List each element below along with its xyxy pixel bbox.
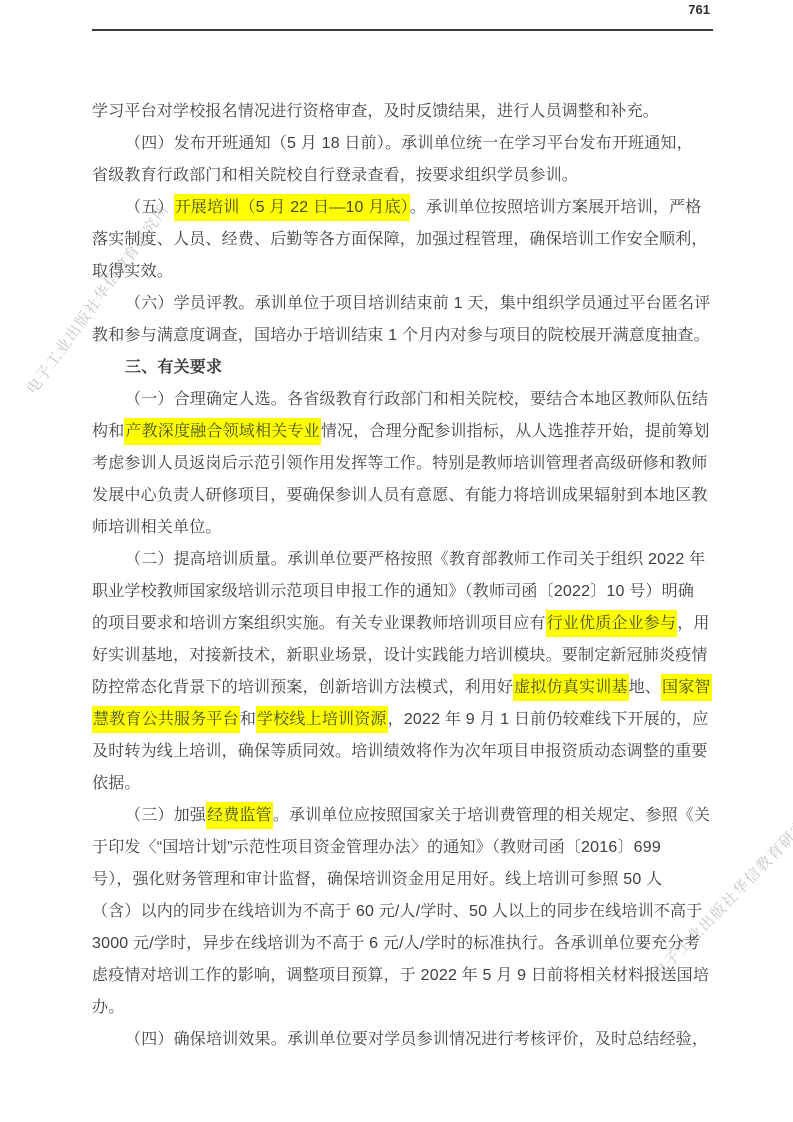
text-run: 及时转为线上培训，确保等质同效。培训绩效将作为次年项目申报资质动态调整的重要	[92, 743, 708, 760]
text-line: 的项目要求和培训方案组织实施。有关专业课教师培训项目应有行业优质企业参与，用	[92, 608, 712, 640]
text-run: 好实训基地，对接新技术，新职业场景，设计实践能力培训模块。要制定新冠肺炎疫情	[92, 647, 708, 664]
text-run: 3000 元/学时，异步在线培训为不高于 6 元/人/学时的标准执行。各承训单位…	[92, 935, 700, 952]
text-run: 办。	[92, 999, 124, 1016]
text-line: 落实制度、人员、经费、后勤等各方面保障，加强过程管理，确保培训工作安全顺利，	[92, 224, 712, 256]
header-rule	[92, 29, 713, 31]
text-line: （一）合理确定人选。各省级教育行政部门和相关院校，要结合本地区教师队伍结	[92, 384, 712, 416]
text-run: ，用	[677, 615, 709, 632]
text-line: 依据。	[92, 768, 712, 800]
highlighted-text: 国家智	[661, 674, 712, 701]
text-run: 依据。	[92, 775, 141, 792]
text-line: 防控常态化背景下的培训预案，创新培训方法模式，利用好虚拟仿真实训基地、国家智	[92, 672, 712, 704]
text-run: （三）加强	[125, 807, 206, 824]
text-run: （含）以内的同步在线培训为不高于 60 元/人/学时、50 人以上的同步在线培训…	[92, 903, 702, 920]
text-run: 三、有关要求	[125, 359, 222, 376]
text-run: （六）学员评教。承训单位于项目培训结束前 1 天，集中组织学员通过平台匿名评	[125, 295, 710, 312]
text-line: （二）提高培训质量。承训单位要严格按照《教育部教师工作司关于组织 2022 年	[92, 544, 712, 576]
text-run: 防控常态化背景下的培训预案，创新培训方法模式，利用好	[92, 679, 513, 696]
highlighted-text: 经费监管	[206, 802, 273, 829]
text-run: 于印发〈“国培计划”示范性项目资金管理办法〉的通知》（教财司函〔2016〕699	[92, 839, 661, 856]
highlighted-text: 慧教育公共服务平台	[92, 706, 240, 733]
text-line: （五）开展培训（5 月 22 日—10 月底）。承训单位按照培训方案展开培训，严…	[92, 192, 712, 224]
text-line: 慧教育公共服务平台和学校线上培训资源，2022 年 9 月 1 日前仍较难线下开…	[92, 704, 712, 736]
text-run: （四）确保培训效果。承训单位要对学员参训情况进行考核评价，及时总结经验，	[125, 1031, 708, 1048]
text-run: 情况，合理分配参训指标，从人选推荐开始，提前筹划	[321, 423, 710, 440]
text-line: 职业学校教师国家级培训示范项目申报工作的通知》（教师司函〔2022〕10 号）明…	[92, 576, 712, 608]
text-run: （一）合理确定人选。各省级教育行政部门和相关院校，要结合本地区教师队伍结	[125, 391, 708, 408]
text-run: 号），强化财务管理和审计监督，确保培训资金用足用好。线上培训可参照 50 人	[92, 871, 662, 888]
text-line: 好实训基地，对接新技术，新职业场景，设计实践能力培训模块。要制定新冠肺炎疫情	[92, 640, 712, 672]
text-run: 落实制度、人员、经费、后勤等各方面保障，加强过程管理，确保培训工作安全顺利，	[92, 231, 708, 248]
text-run: 地、	[629, 679, 661, 696]
text-line: 构和产教深度融合领域相关专业情况，合理分配参训指标，从人选推荐开始，提前筹划	[92, 416, 712, 448]
text-run: 虑疫情对培训工作的影响，调整项目预算，于 2022 年 5 月 9 日前将相关材…	[92, 967, 709, 984]
text-run: （四）发布开班通知（5 月 18 日前）。承训单位统一在学习平台发布开班通知，	[125, 135, 693, 152]
highlighted-text: 产教深度融合领域相关专业	[124, 418, 320, 445]
text-run: 发展中心负责人研修项目，要确保参训人员有意愿、有能力将培训成果辐射到本地区教	[92, 487, 708, 504]
highlighted-text: 虚拟仿真实训基	[513, 674, 628, 701]
text-line: 取得实效。	[92, 256, 712, 288]
text-run: 职业学校教师国家级培训示范项目申报工作的通知》（教师司函〔2022〕10 号）明…	[92, 583, 694, 600]
text-line: （四）发布开班通知（5 月 18 日前）。承训单位统一在学习平台发布开班通知，	[92, 128, 712, 160]
text-line: 考虑参训人员返岗后示范引领作用发挥等工作。特别是教师培训管理者高级研修和教师	[92, 448, 712, 480]
text-run: 。承训单位应按照国家关于培训费管理的相关规定、参照《关	[273, 807, 710, 824]
text-line: 学习平台对学校报名情况进行资格审查，及时反馈结果，进行人员调整和补充。	[92, 96, 712, 128]
text-run: 的项目要求和培训方案组织实施。有关专业课教师培训项目应有	[92, 615, 546, 632]
text-line: （六）学员评教。承训单位于项目培训结束前 1 天，集中组织学员通过平台匿名评	[92, 288, 712, 320]
text-line: 虑疫情对培训工作的影响，调整项目预算，于 2022 年 5 月 9 日前将相关材…	[92, 960, 712, 992]
highlighted-text: 开展培训（5 月 22 日—10 月底）	[174, 194, 410, 221]
text-line: 办。	[92, 992, 712, 1024]
text-run: 学习平台对学校报名情况进行资格审查，及时反馈结果，进行人员调整和补充。	[92, 103, 659, 120]
text-run: （五）	[125, 199, 174, 216]
text-line: 3000 元/学时，异步在线培训为不高于 6 元/人/学时的标准执行。各承训单位…	[92, 928, 712, 960]
text-run: （二）提高培训质量。承训单位要严格按照《教育部教师工作司关于组织 2022 年	[125, 551, 705, 568]
text-run: 师培训相关单位。	[92, 519, 222, 536]
page-number: 761	[688, 2, 710, 17]
text-line: （含）以内的同步在线培训为不高于 60 元/人/学时、50 人以上的同步在线培训…	[92, 896, 712, 928]
text-run: 省级教育行政部门和相关院校自行登录查看，按要求组织学员参训。	[92, 167, 578, 184]
text-line: 教和参与满意度调查，国培办于培训结束 1 个月内对参与项目的院校展开满意度抽查。	[92, 320, 712, 352]
text-line: 三、有关要求	[92, 352, 712, 384]
text-line: 及时转为线上培训，确保等质同效。培训绩效将作为次年项目申报资质动态调整的重要	[92, 736, 712, 768]
highlighted-text: 行业优质企业参与	[546, 610, 678, 637]
highlighted-text: 学校线上培训资源	[256, 706, 388, 733]
text-line: （四）确保培训效果。承训单位要对学员参训情况进行考核评价，及时总结经验，	[92, 1024, 712, 1056]
text-run: 考虑参训人员返岗后示范引领作用发挥等工作。特别是教师培训管理者高级研修和教师	[92, 455, 708, 472]
text-run: ，2022 年 9 月 1 日前仍较难线下开展的，应	[388, 711, 709, 728]
text-run: 取得实效。	[92, 263, 173, 280]
document-text: 学习平台对学校报名情况进行资格审查，及时反馈结果，进行人员调整和补充。（四）发布…	[92, 96, 712, 1056]
text-line: （三）加强经费监管。承训单位应按照国家关于培训费管理的相关规定、参照《关	[92, 800, 712, 832]
text-run: 。承训单位按照培训方案展开培训，严格	[410, 199, 702, 216]
text-line: 于印发〈“国培计划”示范性项目资金管理办法〉的通知》（教财司函〔2016〕699	[92, 832, 712, 864]
text-line: 师培训相关单位。	[92, 512, 712, 544]
text-line: 发展中心负责人研修项目，要确保参训人员有意愿、有能力将培训成果辐射到本地区教	[92, 480, 712, 512]
text-line: 号），强化财务管理和审计监督，确保培训资金用足用好。线上培训可参照 50 人	[92, 864, 712, 896]
text-run: 构和	[92, 423, 124, 440]
text-run: 和	[240, 711, 256, 728]
text-run: 教和参与满意度调查，国培办于培训结束 1 个月内对参与项目的院校展开满意度抽查。	[92, 327, 710, 344]
text-line: 省级教育行政部门和相关院校自行登录查看，按要求组织学员参训。	[92, 160, 712, 192]
